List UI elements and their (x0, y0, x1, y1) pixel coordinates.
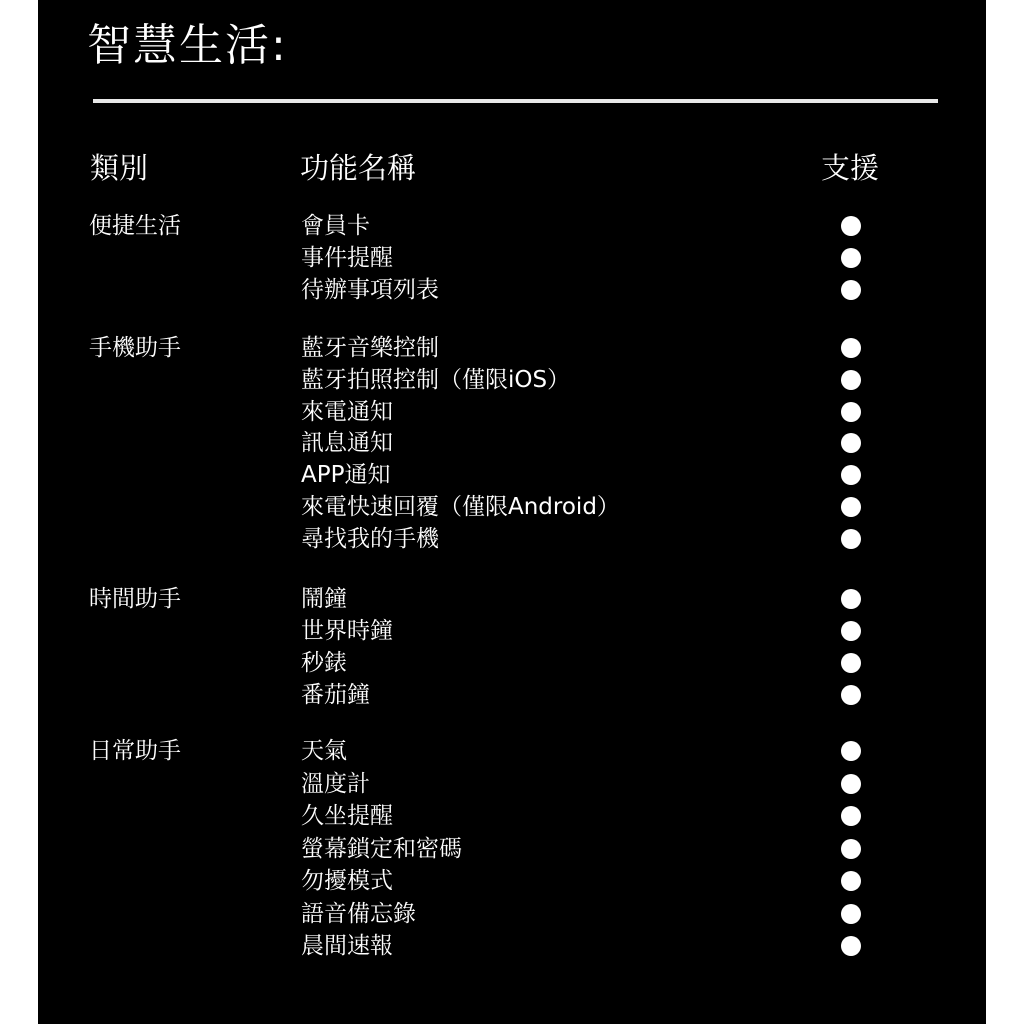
feature-name: 待辦事項列表 (301, 275, 439, 305)
feature-name: 溫度計 (301, 769, 370, 799)
filled-circle-icon (841, 871, 861, 891)
filled-circle-icon (841, 338, 861, 358)
filled-circle-icon (841, 741, 861, 761)
feature-name: 螢幕鎖定和密碼 (301, 834, 462, 864)
column-header-feature: 功能名稱 (300, 148, 416, 188)
filled-circle-icon (841, 248, 861, 268)
feature-name: 來電快速回覆（僅限Android） (301, 492, 620, 522)
filled-circle-icon (841, 370, 861, 390)
feature-name: 事件提醒 (301, 243, 393, 273)
feature-name: 訊息通知 (301, 428, 393, 458)
filled-circle-icon (841, 402, 861, 422)
column-header-category: 類別 (90, 148, 148, 188)
feature-name: APP通知 (301, 460, 390, 490)
filled-circle-icon (841, 806, 861, 826)
filled-circle-icon (841, 774, 861, 794)
feature-name: 來電通知 (301, 397, 393, 427)
category-label: 日常助手 (89, 736, 181, 766)
filled-circle-icon (841, 529, 861, 549)
filled-circle-icon (841, 589, 861, 609)
filled-circle-icon (841, 497, 861, 517)
filled-circle-icon (841, 904, 861, 924)
filled-circle-icon (841, 280, 861, 300)
filled-circle-icon (841, 621, 861, 641)
filled-circle-icon (841, 685, 861, 705)
filled-circle-icon (841, 936, 861, 956)
filled-circle-icon (841, 653, 861, 673)
feature-name: 天氣 (301, 736, 347, 766)
feature-name: 藍牙拍照控制（僅限iOS） (301, 365, 570, 395)
feature-name: 晨間速報 (301, 931, 393, 961)
feature-name: 勿擾模式 (301, 866, 393, 896)
category-label: 便捷生活 (89, 211, 181, 241)
feature-name: 鬧鐘 (301, 584, 347, 614)
feature-name: 世界時鐘 (301, 616, 393, 646)
category-label: 手機助手 (89, 333, 181, 363)
feature-name: 語音備忘錄 (301, 899, 416, 929)
page-title: 智慧生活: (87, 18, 288, 74)
feature-name: 尋找我的手機 (301, 524, 439, 554)
feature-name: 番茄鐘 (301, 680, 370, 710)
category-label: 時間助手 (89, 584, 181, 614)
column-header-support: 支援 (821, 148, 879, 188)
feature-name: 會員卡 (301, 211, 370, 241)
feature-name: 秒錶 (301, 648, 347, 678)
filled-circle-icon (841, 839, 861, 859)
filled-circle-icon (841, 216, 861, 236)
title-divider (93, 99, 938, 103)
feature-name: 久坐提醒 (301, 801, 393, 831)
feature-name: 藍牙音樂控制 (301, 333, 439, 363)
